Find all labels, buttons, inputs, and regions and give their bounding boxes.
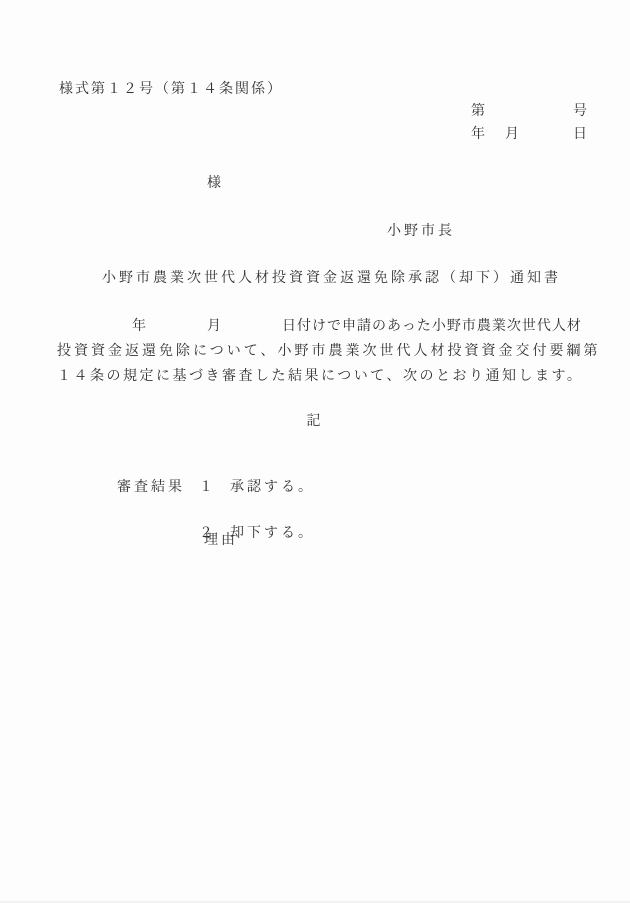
addressee-honorific: 様 [207, 176, 224, 192]
reason-label: 理由 [204, 533, 238, 549]
document-page: 様式第１２号（第１４条関係） 第 号 年 月 日 様 小野市長 小野市農業次世代… [0, 0, 630, 903]
record-marker: 記 [0, 414, 630, 430]
review-option1-number: １ [199, 480, 216, 495]
review-option1-text: 承認する。 [230, 480, 315, 495]
body-line-2: 投資資金返還免除について、小野市農業次世代人材投資資金交付要綱第 [57, 344, 600, 360]
review-result-row: 審査結果１承認する。 [91, 464, 315, 512]
review-option2-text: 却下する。 [230, 526, 315, 541]
date-line: 年 月 日 [471, 127, 590, 143]
form-number: 様式第１２号（第１４条関係） [59, 82, 283, 98]
review-option2-row: ２却下する。 [173, 510, 315, 558]
document-title: 小野市農業次世代人材投資資金返還免除承認（却下）通知書 [102, 271, 561, 287]
doc-number-line: 第 号 [471, 104, 590, 120]
body-line-3: １４条の規定に基づき審査した結果について、次のとおり通知します。 [57, 369, 583, 385]
review-result-label: 審査結果 [117, 480, 185, 495]
body-line-1: 年 月 日付けで申請のあった小野市農業次世代人材 [57, 319, 582, 335]
sender-name: 小野市長 [387, 224, 455, 240]
